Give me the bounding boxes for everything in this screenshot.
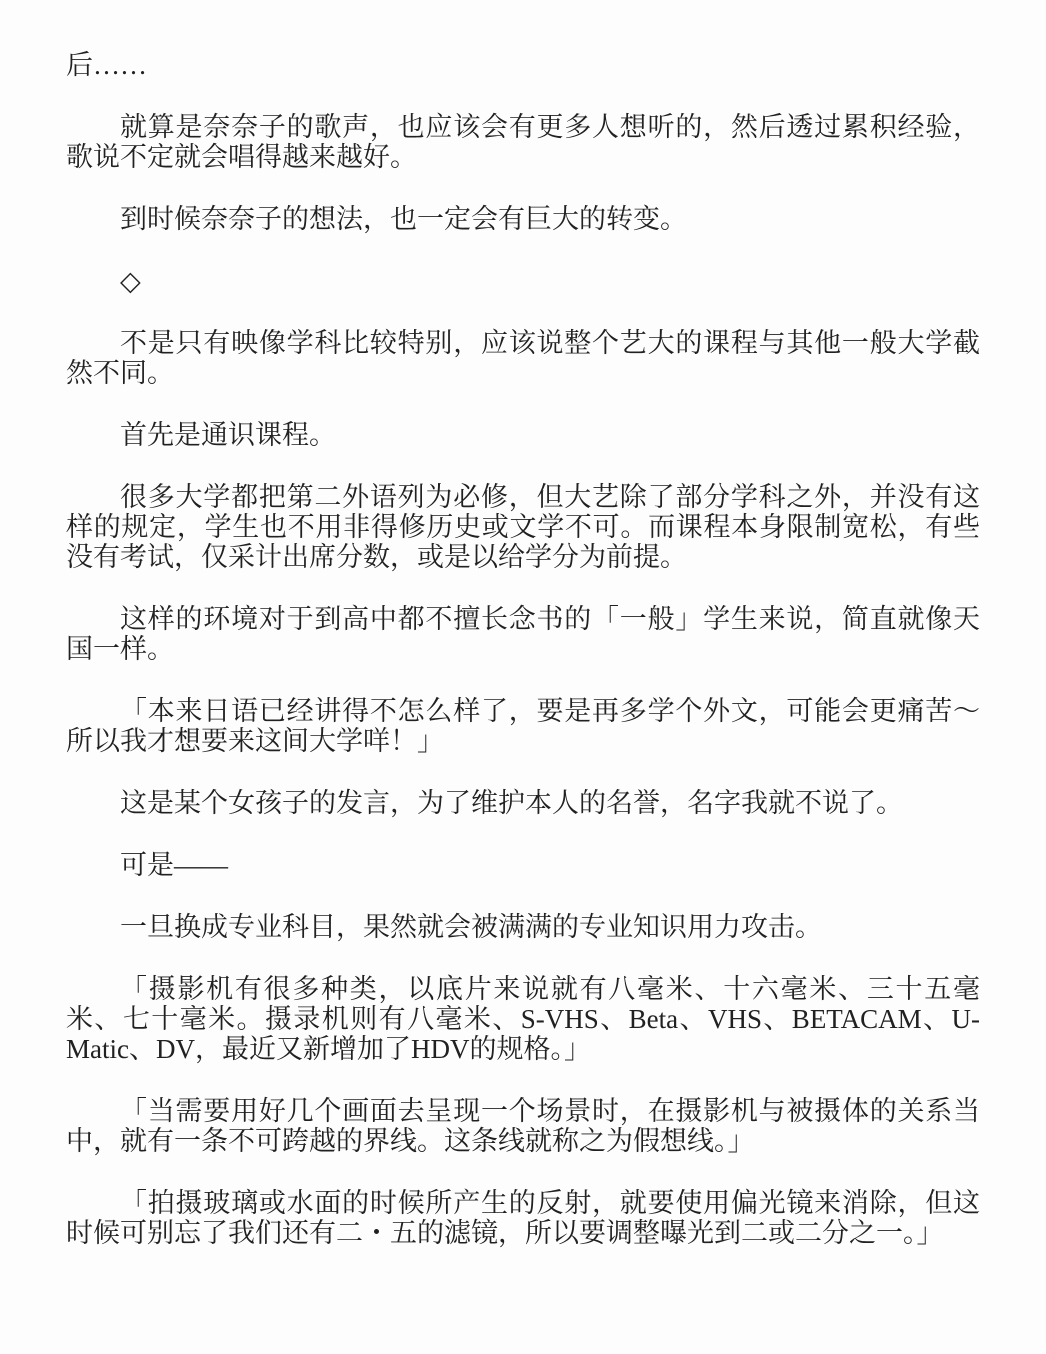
paragraph: 就算是奈奈子的歌声，也应该会有更多人想听的，然后透过累积经验，歌说不定就会唱得越… — [66, 112, 980, 172]
paragraph: 首先是通识课程。 — [66, 420, 980, 450]
paragraph: 这是某个女孩子的发言，为了维护本人的名誉，名字我就不说了。 — [66, 788, 980, 818]
page-text: 后……就算是奈奈子的歌声，也应该会有更多人想听的，然后透过累积经验，歌说不定就会… — [66, 50, 980, 1248]
paragraph: 后…… — [66, 50, 980, 80]
paragraph: 「摄影机有很多种类，以底片来说就有八毫米、十六毫米、三十五毫米、七十毫米。摄录机… — [66, 974, 980, 1064]
paragraph: 不是只有映像学科比较特别，应该说整个艺大的课程与其他一般大学截然不同。 — [66, 328, 980, 388]
paragraph: 「拍摄玻璃或水面的时候所产生的反射，就要使用偏光镜来消除，但这时候可别忘了我们还… — [66, 1188, 980, 1248]
paragraph: 可是—— — [66, 850, 980, 880]
paragraph: 「当需要用好几个画面去呈现一个场景时，在摄影机与被摄体的关系当中，就有一条不可跨… — [66, 1096, 980, 1156]
section-divider: ◇ — [66, 266, 980, 296]
paragraph: 很多大学都把第二外语列为必修，但大艺除了部分学科之外，并没有这样的规定，学生也不… — [66, 482, 980, 572]
paragraph: 这样的环境对于到高中都不擅长念书的「一般」学生来说，简直就像天国一样。 — [66, 604, 980, 664]
paragraph: 一旦换成专业科目，果然就会被满满的专业知识用力攻击。 — [66, 912, 980, 942]
book-page: 后……就算是奈奈子的歌声，也应该会有更多人想听的，然后透过累积经验，歌说不定就会… — [0, 0, 1046, 1354]
paragraph: 「本来日语已经讲得不怎么样了，要是再多学个外文，可能会更痛苦～所以我才想要来这间… — [66, 696, 980, 756]
paragraph: 到时候奈奈子的想法，也一定会有巨大的转变。 — [66, 204, 980, 234]
